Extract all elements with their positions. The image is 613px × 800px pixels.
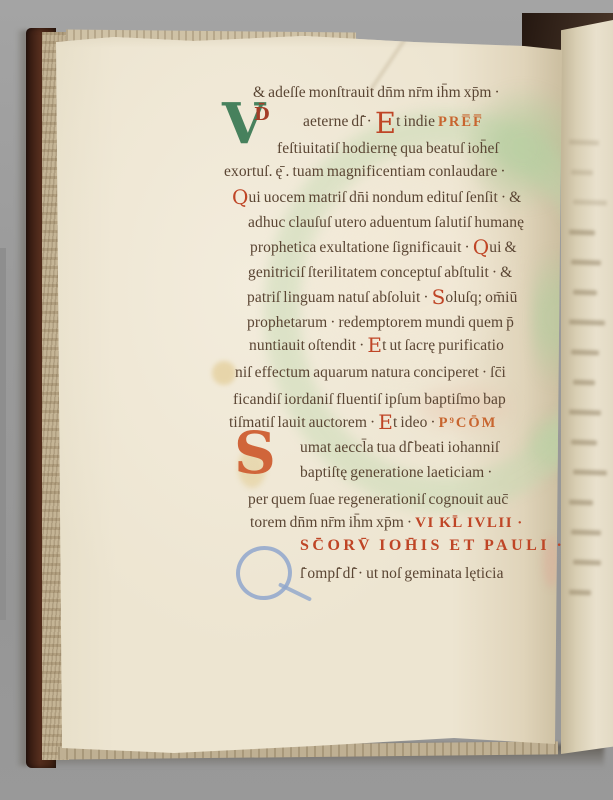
text-segment: ficandiſ iordaniſ fluentiſ ipſum baptiſm… bbox=[233, 391, 506, 408]
initial-q-bowl bbox=[233, 542, 296, 603]
text-segment: ui uocem matriſ dn̄i nondum edituſ ſenſi… bbox=[249, 189, 522, 206]
rubric-text: E bbox=[367, 333, 382, 357]
manuscript-photograph: & adeſſe monſtrauit dn̄m nr̄m ih̄m xp̄m … bbox=[0, 0, 613, 800]
text-segment: per quem ſuae regenerationiſ cognouit au… bbox=[248, 491, 508, 508]
rubric-text: PRE̅F̅ bbox=[438, 114, 484, 130]
text-segment: ui & bbox=[489, 239, 516, 256]
text-segment: patriſ linguam natuſ abſoluit · bbox=[247, 289, 432, 306]
text-line: feſtiuitatiſ hodiernę qua beatuſ ioh̄eſ bbox=[277, 139, 499, 159]
text-line: niſ effectum aquarum natura conciperet ·… bbox=[235, 363, 506, 383]
text-line: aeterne dſ̄ · Et indie PRE̅F̅ bbox=[303, 112, 484, 132]
text-line: nuntiauit oſtendit · Et ut ſacrę purific… bbox=[249, 336, 504, 356]
text-block: & adeſſe monſtrauit dn̄m nr̄m ih̄m xp̄m … bbox=[0, 0, 613, 800]
text-line: torem dn̄m nr̄m ih̄m xp̄m · VI KL̄ IVLII… bbox=[250, 513, 524, 533]
text-segment: feſtiuitatiſ hodiernę qua beatuſ ioh̄eſ bbox=[277, 140, 499, 157]
text-line: patriſ linguam natuſ abſoluit · Soluſq; … bbox=[247, 288, 517, 308]
initial-q bbox=[236, 546, 306, 601]
text-segment: t ideo · bbox=[393, 414, 439, 431]
text-line: Qui uocem matriſ dn̄i nondum edituſ ſenſ… bbox=[232, 188, 521, 208]
text-line: per quem ſuae regenerationiſ cognouit au… bbox=[248, 490, 508, 510]
text-segment: prophetica exultatione ſignificauit · bbox=[250, 239, 473, 256]
text-segment: prophetarum · redemptorem mundi quem p̄ bbox=[247, 314, 514, 331]
initial-s: S bbox=[234, 424, 276, 482]
rubric-text: VI KL̄ IVLII · bbox=[415, 515, 524, 531]
text-line: prophetarum · redemptorem mundi quem p̄ bbox=[247, 313, 514, 333]
text-line: ſ̄ ompſ̄ dſ̄ · ut noſ geminata lęticia bbox=[300, 564, 504, 584]
text-line: SC̄ORV̄ IOH̄IS ET PAULI · bbox=[300, 536, 565, 556]
text-segment: niſ effectum aquarum natura conciperet ·… bbox=[235, 364, 506, 381]
text-segment: torem dn̄m nr̄m ih̄m xp̄m · bbox=[250, 514, 415, 531]
rubric-text: Q bbox=[232, 185, 249, 209]
text-line: genitriciſ ſterilitatem conceptuſ abſtul… bbox=[248, 263, 512, 283]
text-segment: oluſq; om̄iū bbox=[445, 289, 517, 306]
text-segment: ſ̄ ompſ̄ dſ̄ · ut noſ geminata lęticia bbox=[300, 565, 504, 582]
text-line: ficandiſ iordaniſ fluentiſ ipſum baptiſm… bbox=[233, 390, 506, 410]
text-segment: t ut ſacrę purificatio bbox=[382, 337, 504, 354]
text-segment: adhuc clauſuſ utero aduentum ſalutiſ hum… bbox=[248, 214, 524, 231]
text-line: baptiſtę generatione laeticiam · bbox=[300, 463, 493, 483]
text-segment: baptiſtę generatione laeticiam · bbox=[300, 464, 493, 481]
rubric-text: E bbox=[375, 106, 396, 140]
text-segment: aeterne dſ̄ · bbox=[303, 113, 375, 130]
rubric-text: P⁹CŌM bbox=[439, 415, 498, 431]
rubric-text: Q bbox=[473, 235, 490, 259]
rubric-text: SC̄ORV̄ IOH̄IS ET PAULI · bbox=[300, 537, 565, 554]
text-segment: umat aeccl̄a tua dſ̄ beati iohanniſ bbox=[300, 439, 499, 456]
text-segment: genitriciſ ſterilitatem conceptuſ abſtul… bbox=[248, 264, 512, 281]
text-line: & adeſſe monſtrauit dn̄m nr̄m ih̄m xp̄m … bbox=[253, 83, 500, 103]
rubric-text: E bbox=[378, 410, 393, 434]
text-line: umat aeccl̄a tua dſ̄ beati iohanniſ bbox=[300, 438, 499, 458]
text-line: exortuſ. ę̄ . tuam magnificentiam conlau… bbox=[224, 162, 506, 182]
initial-d: D̄ bbox=[254, 106, 270, 124]
text-line: adhuc clauſuſ utero aduentum ſalutiſ hum… bbox=[248, 213, 524, 233]
rubric-text: S bbox=[432, 285, 446, 309]
text-segment: nuntiauit oſtendit · bbox=[249, 337, 367, 354]
text-segment: & adeſſe monſtrauit dn̄m nr̄m ih̄m xp̄m … bbox=[253, 84, 500, 101]
text-line: prophetica exultatione ſignificauit · Qu… bbox=[250, 238, 517, 258]
text-segment: t indie bbox=[396, 113, 438, 130]
text-segment: exortuſ. ę̄ . tuam magnificentiam conlau… bbox=[224, 163, 506, 180]
